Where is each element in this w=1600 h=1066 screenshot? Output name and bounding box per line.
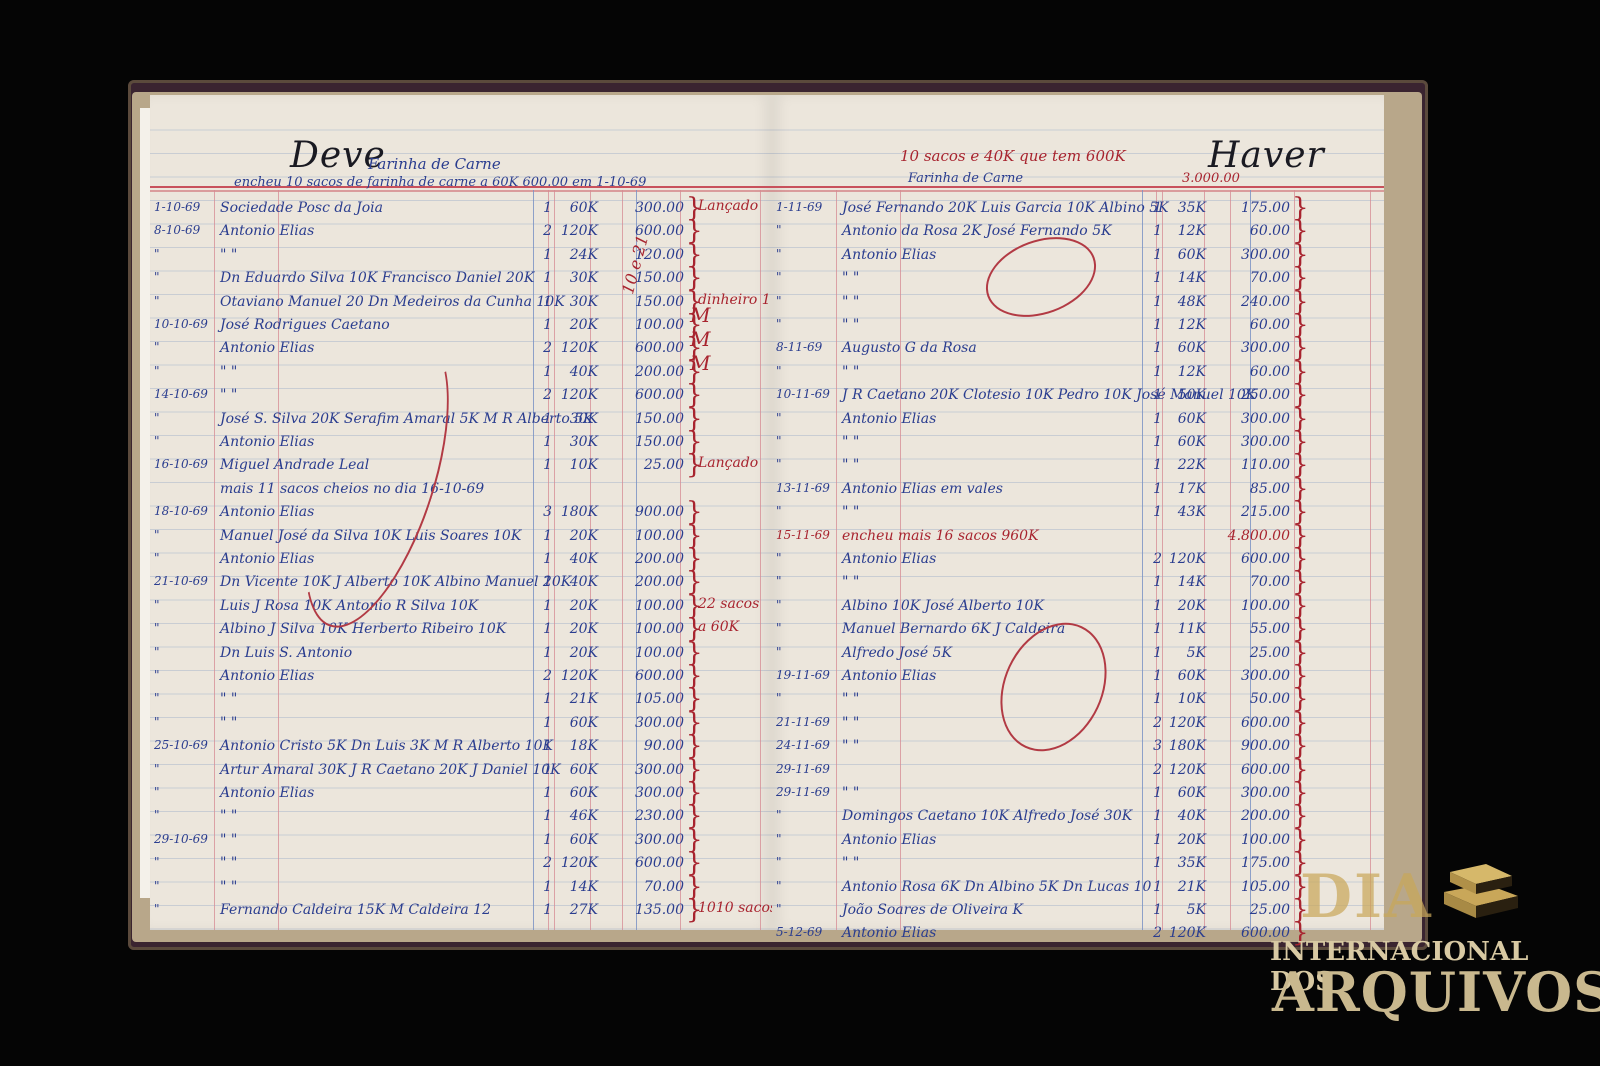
entry-date: " xyxy=(154,668,214,682)
entry-amount: 600.00 xyxy=(1220,551,1290,567)
entry-bags: 1 xyxy=(538,785,552,801)
red-brace-mark: } xyxy=(686,830,703,850)
ledger-row: "Manuel José da Silva 10K Luis Soares 10… xyxy=(150,526,772,549)
entry-name: Dn Luis S. Antonio xyxy=(220,645,352,661)
red-brace-mark: } xyxy=(1292,479,1309,499)
ledger-row: "José S. Silva 20K Serafim Amaral 5K M R… xyxy=(150,409,772,432)
entry-weight: 20K xyxy=(554,645,598,661)
red-brace-mark: } xyxy=(1292,526,1309,546)
entry-amount: 70.00 xyxy=(1220,574,1290,590)
entry-date: " xyxy=(154,247,214,261)
red-brace-mark: } xyxy=(1292,806,1309,826)
entry-weight: 27K xyxy=(554,902,598,918)
entry-bags: 1 xyxy=(1148,645,1162,661)
entry-name: " " xyxy=(220,808,237,824)
entry-name: " " xyxy=(842,434,859,450)
red-brace-mark: } xyxy=(686,806,703,826)
ledger-row: 14-10-69" "2120K600.00} xyxy=(150,385,772,408)
entry-amount: 300.00 xyxy=(1220,785,1290,801)
entry-date: " xyxy=(776,832,836,846)
entry-bags: 1 xyxy=(1148,668,1162,684)
red-brace-mark: } xyxy=(1292,221,1309,241)
red-brace-mark: } xyxy=(1292,572,1309,592)
entry-name: " " xyxy=(220,879,237,895)
entry-weight: 22K xyxy=(1162,457,1206,473)
entry-weight: 5K xyxy=(1162,645,1206,661)
entry-date: " xyxy=(776,434,836,448)
entry-bags: 1 xyxy=(538,551,552,567)
entry-name: Antonio Elias em vales xyxy=(842,481,1003,497)
ledger-row: "Artur Amaral 30K J R Caetano 20K J Dani… xyxy=(150,760,772,783)
entry-weight: 40K xyxy=(554,574,598,590)
entry-date: " xyxy=(154,762,214,776)
ledger-row: "Albino J Silva 10K Herberto Ribeiro 10K… xyxy=(150,619,772,642)
entry-weight: 60K xyxy=(554,200,598,216)
entry-amount: 300.00 xyxy=(1220,411,1290,427)
entry-bags: 2 xyxy=(1148,715,1162,731)
entry-weight: 120K xyxy=(554,855,598,871)
subtitle-amount: 3.000.00 xyxy=(1182,171,1240,186)
entry-amount: 200.00 xyxy=(614,574,684,590)
entry-amount: 60.00 xyxy=(1220,223,1290,239)
entry-date: " xyxy=(154,270,214,284)
entry-name: " " xyxy=(220,691,237,707)
entry-date: " xyxy=(776,223,836,237)
ledger-row: "Otaviano Manuel 20 Dn Medeiros da Cunha… xyxy=(150,292,772,315)
entry-date: " xyxy=(154,551,214,565)
red-brace-mark: } xyxy=(686,736,703,756)
entry-bags: 1 xyxy=(538,879,552,895)
entry-date: " xyxy=(776,317,836,331)
entry-name: " " xyxy=(842,457,859,473)
entry-date: " xyxy=(154,808,214,822)
entry-bags: 1 xyxy=(538,457,552,473)
entry-weight: 46K xyxy=(554,808,598,824)
entry-bags: 2 xyxy=(1148,551,1162,567)
watermark-arquivos: ARQUIVOS xyxy=(1272,960,1600,1024)
entry-weight: 60K xyxy=(1162,247,1206,263)
entry-date: " xyxy=(776,621,836,635)
entry-amount: 300.00 xyxy=(1220,247,1290,263)
entry-weight: 60K xyxy=(554,832,598,848)
entry-name: Antonio Elias xyxy=(842,247,936,263)
entry-date: " xyxy=(154,340,214,354)
entry-weight: 10K xyxy=(554,457,598,473)
entry-bags: 1 xyxy=(538,574,552,590)
entry-amount: 85.00 xyxy=(1220,481,1290,497)
entry-weight: 5K xyxy=(1162,902,1206,918)
entry-date: 8-10-69 xyxy=(154,223,214,237)
entry-date: " xyxy=(776,457,836,471)
entry-date: 10-11-69 xyxy=(776,387,836,401)
entry-weight: 120K xyxy=(554,668,598,684)
entry-weight: 120K xyxy=(1162,925,1206,941)
entry-weight: 12K xyxy=(1162,317,1206,333)
entry-name: " " xyxy=(842,270,859,286)
entry-amount: 100.00 xyxy=(1220,832,1290,848)
entry-bags: 1 xyxy=(1148,574,1162,590)
red-brace-mark: } xyxy=(1292,455,1309,475)
entry-weight: 40K xyxy=(554,551,598,567)
entry-bags: 3 xyxy=(1148,738,1162,754)
entry-name: Antonio Elias xyxy=(220,504,314,520)
entry-name: " " xyxy=(220,715,237,731)
entry-bags: 3 xyxy=(538,504,552,520)
ledger-row: "Luis J Rosa 10K Antonio R Silva 10K120K… xyxy=(150,596,772,619)
entry-weight: 60K xyxy=(1162,411,1206,427)
header-note: encheu 10 sacos de farinha de carne a 60… xyxy=(234,175,646,190)
entry-name: " " xyxy=(842,738,859,754)
entry-name: " " xyxy=(220,247,237,263)
ledger-row: "Fernando Caldeira 15K M Caldeira 12127K… xyxy=(150,900,772,923)
entry-bags: 1 xyxy=(538,200,552,216)
ledger-row: 18-10-69Antonio Elias3180K900.00} xyxy=(150,502,772,525)
entry-date: " xyxy=(776,551,836,565)
entry-bags: 1 xyxy=(1148,200,1162,216)
entry-name: Sociedade Posc da Joia xyxy=(220,200,383,216)
red-brace-mark: } xyxy=(1292,198,1309,218)
red-brace-mark: } xyxy=(1292,736,1309,756)
entry-date: 15-11-69 xyxy=(776,528,836,542)
right-ledger-rows: 1-11-69José Fernando 20K Luis Garcia 10K… xyxy=(772,198,1384,928)
entry-weight: 20K xyxy=(554,598,598,614)
entry-bags: 1 xyxy=(538,270,552,286)
entry-date: " xyxy=(776,808,836,822)
entry-bags: 1 xyxy=(538,832,552,848)
entry-weight: 40K xyxy=(1162,808,1206,824)
entry-weight: 60K xyxy=(554,715,598,731)
entry-amount: 200.00 xyxy=(614,551,684,567)
entry-weight: 120K xyxy=(554,387,598,403)
entry-weight: 35K xyxy=(1162,200,1206,216)
red-brace-mark: } xyxy=(686,409,703,429)
entry-date: 8-11-69 xyxy=(776,340,836,354)
entry-weight: 120K xyxy=(1162,551,1206,567)
entry-name: Dn Eduardo Silva 10K Francisco Daniel 20… xyxy=(220,270,534,286)
entry-weight: 35K xyxy=(1162,855,1206,871)
ledger-row: "Dn Eduardo Silva 10K Francisco Daniel 2… xyxy=(150,268,772,291)
entry-annotation: Lançado xyxy=(698,455,758,471)
entry-bags: 1 xyxy=(1148,270,1162,286)
entry-annotation: 22 sacos xyxy=(698,596,759,612)
entry-weight: 14K xyxy=(1162,270,1206,286)
ledger-row: "Antonio Elias140K200.00} xyxy=(150,549,772,572)
entry-name: " " xyxy=(842,574,859,590)
entry-bags: 1 xyxy=(1148,223,1162,239)
entry-name: " " xyxy=(220,832,237,848)
entry-date: 29-11-69 xyxy=(776,762,836,776)
entry-date: " xyxy=(776,879,836,893)
entry-amount: 60.00 xyxy=(1220,317,1290,333)
ledger-row: "" "146K230.00} xyxy=(150,806,772,829)
entry-amount: 105.00 xyxy=(614,691,684,707)
ledger-row: "Antonio Elias130K150.00} xyxy=(150,432,772,455)
entry-amount: 300.00 xyxy=(1220,340,1290,356)
entry-amount: 55.00 xyxy=(1220,621,1290,637)
entry-weight: 120K xyxy=(554,223,598,239)
entry-amount: 600.00 xyxy=(614,387,684,403)
entry-bags: 2 xyxy=(538,668,552,684)
entry-bags: 1 xyxy=(1148,317,1162,333)
entry-date: " xyxy=(154,434,214,448)
entry-amount: 200.00 xyxy=(1220,808,1290,824)
entry-weight: 12K xyxy=(1162,223,1206,239)
entry-date: " xyxy=(776,574,836,588)
entry-weight: 120K xyxy=(1162,762,1206,778)
entry-bags: 2 xyxy=(1148,762,1162,778)
left-ledger-rows: 1-10-69Sociedade Posc da Joia160K300.00L… xyxy=(150,198,772,928)
entry-name: João Soares de Oliveira K xyxy=(842,902,1023,918)
entry-bags: 2 xyxy=(538,223,552,239)
entry-amount: 150.00 xyxy=(614,411,684,427)
entry-weight: 18K xyxy=(554,738,598,754)
entry-weight: 20K xyxy=(554,528,598,544)
entry-amount: 25.00 xyxy=(614,457,684,473)
entry-name: Artur Amaral 30K J R Caetano 20K J Danie… xyxy=(220,762,561,778)
red-brace-mark: } xyxy=(1292,643,1309,663)
entry-date: 29-10-69 xyxy=(154,832,214,846)
entry-weight: 10K xyxy=(1162,691,1206,707)
entry-bags: 1 xyxy=(538,294,552,310)
entry-bags: 1 xyxy=(538,317,552,333)
red-brace-mark: } xyxy=(1292,502,1309,522)
entry-name: " " xyxy=(220,387,237,403)
entry-name: " " xyxy=(842,855,859,871)
ledger-row: "Antonio Elias160K300.00} xyxy=(150,783,772,806)
entry-weight: 21K xyxy=(1162,879,1206,895)
archive-day-watermark: DIA INTERNACIONAL DOS ARQUIVOS xyxy=(1270,862,1600,1062)
ledger-row: 10-10-69José Rodrigues Caetano120K100.00… xyxy=(150,315,772,338)
entry-amount: 300.00 xyxy=(614,715,684,731)
entry-date: 21-10-69 xyxy=(154,574,214,588)
entry-annotation: a 60K xyxy=(698,619,739,635)
entry-bags: 2 xyxy=(538,855,552,871)
entry-amount: 100.00 xyxy=(614,621,684,637)
entry-date: 18-10-69 xyxy=(154,504,214,518)
entry-amount: 50.00 xyxy=(1220,691,1290,707)
entry-name: Albino 10K José Alberto 10K xyxy=(842,598,1044,614)
entry-amount: 600.00 xyxy=(1220,762,1290,778)
ledger-row: "Dn Luis S. Antonio120K100.00} xyxy=(150,643,772,666)
entry-date: " xyxy=(776,598,836,612)
header-rule xyxy=(772,186,1384,188)
entry-amount: 25.00 xyxy=(1220,645,1290,661)
entry-amount: 240.00 xyxy=(1220,294,1290,310)
entry-weight: 20K xyxy=(554,621,598,637)
entry-name: " " xyxy=(220,855,237,871)
red-brace-mark: } xyxy=(686,549,703,569)
entry-bags: 1 xyxy=(1148,411,1162,427)
entry-weight: 12K xyxy=(1162,364,1206,380)
entry-date: " xyxy=(776,504,836,518)
entry-bags: 1 xyxy=(538,808,552,824)
entry-amount: 300.00 xyxy=(614,200,684,216)
entry-amount: 600.00 xyxy=(614,668,684,684)
entry-name: " " xyxy=(842,364,859,380)
red-brace-mark: } xyxy=(686,385,703,405)
entry-bags: 1 xyxy=(538,247,552,263)
entry-name: Antonio Cristo 5K Dn Luis 3K M R Alberto… xyxy=(220,738,553,754)
entry-name: Antonio Elias xyxy=(220,223,314,239)
entry-name: " " xyxy=(842,294,859,310)
entry-bags: 1 xyxy=(1148,832,1162,848)
entry-amount: 300.00 xyxy=(614,762,684,778)
entry-name: Augusto G da Rosa xyxy=(842,340,977,356)
entry-amount: 90.00 xyxy=(614,738,684,754)
red-brace-mark: } xyxy=(1292,268,1309,288)
red-brace-mark: } xyxy=(686,572,703,592)
red-brace-mark: } xyxy=(1292,385,1309,405)
entry-name: Domingos Caetano 10K Alfredo José 30K xyxy=(842,808,1132,824)
entry-date: " xyxy=(154,528,214,542)
entry-weight: 11K xyxy=(1162,621,1206,637)
red-brace-mark: } xyxy=(686,432,703,452)
entry-bags: 1 xyxy=(538,762,552,778)
entry-bags: 1 xyxy=(1148,434,1162,450)
entry-name: José Fernando 20K Luis Garcia 10K Albino… xyxy=(842,200,1169,216)
entry-amount: 100.00 xyxy=(614,598,684,614)
entry-amount: 600.00 xyxy=(614,340,684,356)
entry-name: " " xyxy=(842,504,859,520)
entry-date: " xyxy=(154,691,214,705)
entry-date: 1-10-69 xyxy=(154,200,214,214)
entry-name: Antonio da Rosa 2K José Fernando 5K xyxy=(842,223,1112,239)
entry-name: Antonio Elias xyxy=(220,340,314,356)
red-brace-mark: } xyxy=(1292,338,1309,358)
entry-weight: 60K xyxy=(1162,340,1206,356)
entry-bags: 1 xyxy=(1148,879,1162,895)
entry-date: " xyxy=(776,294,836,308)
entry-annotation: Lançado xyxy=(698,198,758,214)
entry-weight: 30K xyxy=(554,270,598,286)
ledger-row: "" "160K300.00} xyxy=(150,713,772,736)
entry-bags: 1 xyxy=(538,528,552,544)
entry-amount: 600.00 xyxy=(614,855,684,871)
red-brace-mark: } xyxy=(686,502,703,522)
entry-amount: 300.00 xyxy=(614,832,684,848)
red-brace-mark: } xyxy=(686,689,703,709)
entry-date: " xyxy=(154,621,214,635)
entry-weight: 60K xyxy=(554,762,598,778)
entry-date: " xyxy=(776,855,836,869)
entry-weight: 24K xyxy=(554,247,598,263)
entry-bags: 1 xyxy=(1148,387,1162,403)
page-heading-haver: Haver xyxy=(1208,135,1325,176)
left-page-deve: Deve Farinha de Carne encheu 10 sacos de… xyxy=(150,95,773,930)
entry-bags: 1 xyxy=(1148,457,1162,473)
watermark-dia: DIA xyxy=(1300,862,1433,932)
entry-bags: 1 xyxy=(538,364,552,380)
entry-name: " " xyxy=(842,785,859,801)
books-stack-icon xyxy=(1436,862,1522,932)
red-brace-mark: } xyxy=(686,760,703,780)
entry-name: Fernando Caldeira 15K M Caldeira 12 xyxy=(220,902,491,918)
entry-amount: 150.00 xyxy=(614,294,684,310)
red-brace-mark: } xyxy=(686,596,703,616)
entry-weight: 60K xyxy=(1162,434,1206,450)
red-brace-mark: } xyxy=(686,221,703,241)
entry-bags: 1 xyxy=(1148,598,1162,614)
red-brace-mark: } xyxy=(1292,362,1309,382)
entry-weight: 60K xyxy=(1162,785,1206,801)
page-subtitle: Farinha de Carne xyxy=(908,171,1023,186)
red-brace-mark: } xyxy=(1292,315,1309,335)
side-note: M xyxy=(690,351,710,375)
entry-amount: 215.00 xyxy=(1220,504,1290,520)
red-brace-mark: } xyxy=(686,666,703,686)
header-rule xyxy=(150,190,772,192)
entry-name: Antonio Elias xyxy=(842,411,936,427)
entry-bags: 1 xyxy=(1148,621,1162,637)
entry-bags: 1 xyxy=(538,738,552,754)
entry-amount: 100.00 xyxy=(1220,598,1290,614)
entry-weight: 20K xyxy=(1162,598,1206,614)
ledger-row: "" "2120K600.00} xyxy=(150,853,772,876)
red-brace-mark: } xyxy=(1292,830,1309,850)
red-brace-mark: } xyxy=(686,853,703,873)
ledger-row: "" "114K70.00} xyxy=(150,877,772,900)
entry-name: encheu mais 16 sacos 960K xyxy=(842,528,1039,544)
entry-date: " xyxy=(776,645,836,659)
entry-date: 1-11-69 xyxy=(776,200,836,214)
red-brace-mark: } xyxy=(1292,783,1309,803)
ledger-row: "Antonio Elias2120K600.00} xyxy=(150,338,772,361)
entry-date: 14-10-69 xyxy=(154,387,214,401)
entry-date: 16-10-69 xyxy=(154,457,214,471)
entry-weight: 20K xyxy=(1162,832,1206,848)
red-brace-mark: } xyxy=(686,245,703,265)
entry-name: Alfredo José 5K xyxy=(842,645,952,661)
entry-amount: 150.00 xyxy=(614,434,684,450)
entry-name: Antonio Elias xyxy=(842,832,936,848)
ledger-row: 8-10-69Antonio Elias2120K600.00} xyxy=(150,221,772,244)
entry-bags: 1 xyxy=(538,598,552,614)
entry-bags: 1 xyxy=(1148,340,1162,356)
red-brace-mark: } xyxy=(1292,619,1309,639)
ledger-row: mais 11 sacos cheios no dia 16-10-69 xyxy=(150,479,772,502)
entry-date: 10-10-69 xyxy=(154,317,214,331)
entry-name: Antonio Rosa 6K Dn Albino 5K Dn Lucas 10 xyxy=(842,879,1151,895)
entry-amount: 250.00 xyxy=(1220,387,1290,403)
red-brace-mark: } xyxy=(686,268,703,288)
entry-weight: 30K xyxy=(554,411,598,427)
red-brace-mark: } xyxy=(1292,245,1309,265)
entry-weight: 20K xyxy=(554,317,598,333)
entry-date: " xyxy=(154,879,214,893)
ledger-row: 25-10-69Antonio Cristo 5K Dn Luis 3K M R… xyxy=(150,736,772,759)
entry-bags: 1 xyxy=(1148,855,1162,871)
entry-weight: 60K xyxy=(1162,668,1206,684)
entry-date: " xyxy=(776,411,836,425)
entry-weight: 17K xyxy=(1162,481,1206,497)
page-subtitle: Farinha de Carne xyxy=(368,155,501,173)
entry-date: " xyxy=(776,691,836,705)
entry-weight: 43K xyxy=(1162,504,1206,520)
entry-amount: 135.00 xyxy=(614,902,684,918)
entry-name: " " xyxy=(842,715,859,731)
entry-date: 24-11-69 xyxy=(776,738,836,752)
entry-amount: 110.00 xyxy=(1220,457,1290,473)
entry-amount: 300.00 xyxy=(614,785,684,801)
entry-weight: 21K xyxy=(554,691,598,707)
ledger-row: 16-10-69Miguel Andrade Leal110K25.00Lanç… xyxy=(150,455,772,478)
entry-bags: 1 xyxy=(538,715,552,731)
entry-amount: 230.00 xyxy=(614,808,684,824)
entry-bags: 1 xyxy=(1148,902,1162,918)
entry-amount: 900.00 xyxy=(614,504,684,520)
red-brace-mark: } xyxy=(1292,713,1309,733)
entry-name: Otaviano Manuel 20 Dn Medeiros da Cunha … xyxy=(220,294,565,310)
